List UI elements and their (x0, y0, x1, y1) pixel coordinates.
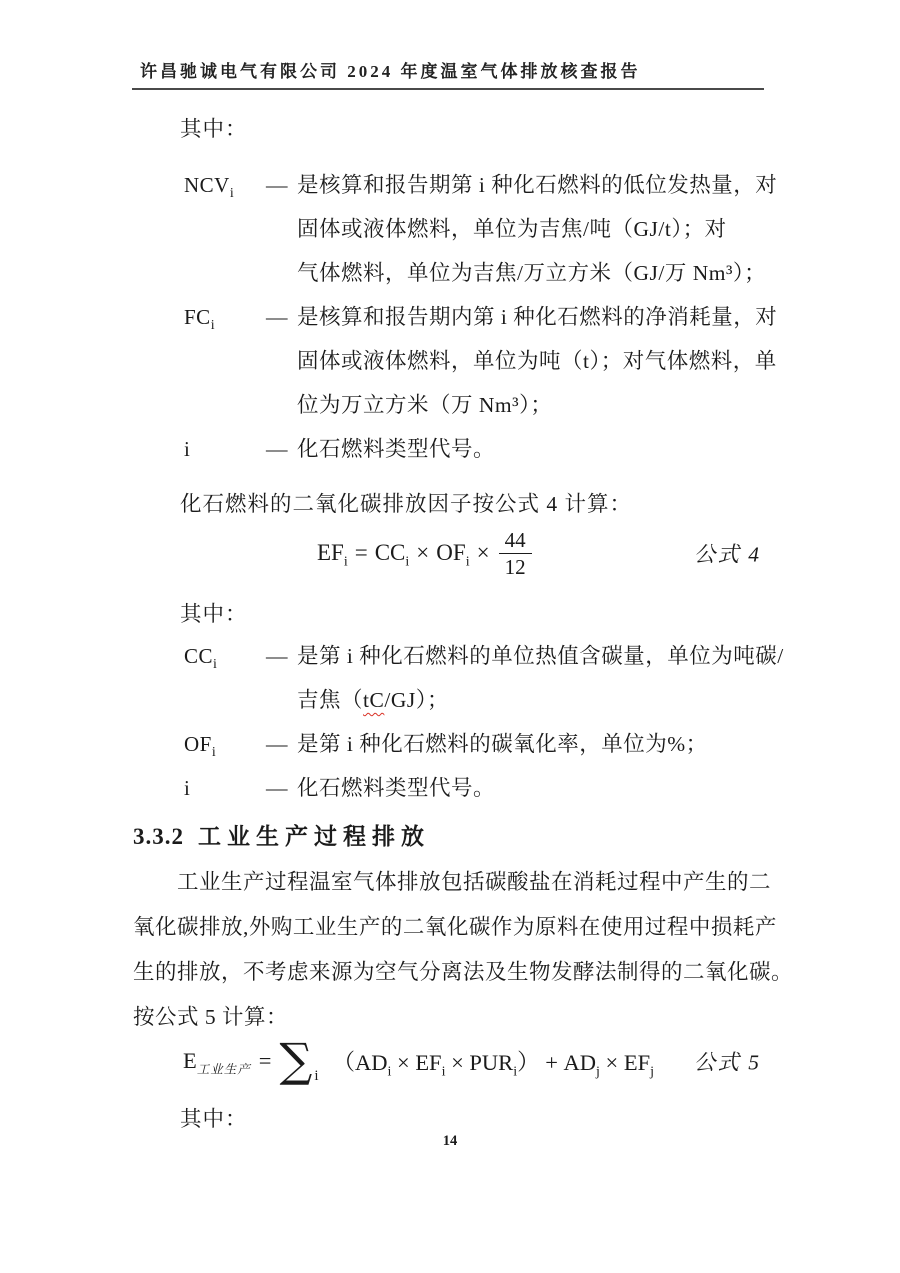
term-base: NCV (184, 173, 230, 197)
summation: ∑ i (279, 1041, 318, 1080)
term-fc: FCi (184, 295, 266, 427)
formula-term: EFi (317, 540, 348, 566)
multiply-sign: × (416, 540, 429, 566)
definition-line: 是核算和报告期第 i 种化石燃料的低位发热量，对 (297, 163, 777, 207)
paragraph-line: 氧化碳排放,外购工业生产的二氧化碳作为原料在使用过程中损耗产 (133, 905, 773, 950)
term-subscript: i (405, 555, 409, 570)
definition-line: 吉焦（tC/GJ）； (297, 678, 784, 722)
multiply-sign: × (477, 540, 490, 566)
section-heading-3-3-2: 3.3.2工业生产过程排放 (133, 818, 430, 851)
term-subscript: i (213, 657, 217, 672)
definition-text: 是核算和报告期第 i 种化石燃料的低位发热量，对 固体或液体燃料，单位为吉焦/吨… (297, 163, 777, 295)
definition-list-2: CCi — 是第 i 种化石燃料的单位热值含碳量，单位为吨碳/ 吉焦（tC/GJ… (184, 634, 767, 810)
term-base: OF (436, 540, 465, 565)
definition-line: 固体或液体燃料，单位为吉焦/吨（GJ/t）；对 (297, 207, 777, 251)
term-i: i (184, 427, 266, 471)
term-base: FC (184, 305, 211, 329)
term-base: i (184, 437, 190, 461)
formula-4-expression: EFi = CCi × OFi × 44 12 (317, 521, 532, 585)
line-segment: × EF (600, 1050, 650, 1075)
line-segment: + AD (540, 1050, 596, 1075)
definition-dash: — (266, 295, 297, 427)
definition-list-1: NCVi — 是核算和报告期第 i 种化石燃料的低位发热量，对 固体或液体燃料，… (184, 163, 767, 471)
definition-line: 化石燃料类型代号。 (297, 766, 767, 810)
term-of: OFi (184, 722, 266, 766)
where-label-2: 其中： (180, 597, 248, 628)
sigma-symbol: ∑ (279, 1041, 312, 1080)
formula-terms: （ADi × EFi × PURi） + ADj × EFj (332, 1045, 654, 1077)
line-segment: （AD (332, 1050, 387, 1075)
definition-dash: — (266, 722, 297, 766)
paragraph-line: 生的排放，不考虑来源为空气分离法及生物发酵法制得的二氧化碳。 (133, 950, 773, 995)
term-base: CC (375, 540, 406, 565)
formula-5-expression: E工业生产 = ∑ i （ADi × EFi × PURi） + ADj × E… (183, 1030, 654, 1092)
definition-line: 化石燃料类型代号。 (297, 427, 767, 471)
definition-row-i: i — 化石燃料类型代号。 (184, 766, 767, 810)
fraction: 44 12 (499, 527, 532, 580)
term-subscript: i (230, 186, 234, 201)
term-subscript: 工业生产 (197, 1063, 251, 1077)
line-segment: × EF (391, 1050, 441, 1075)
definition-dash: — (266, 634, 297, 722)
section-number: 3.3.2 (133, 824, 184, 849)
term-i: i (184, 766, 266, 810)
definition-line: 位为万立方米（万 Nm³）； (297, 383, 777, 427)
line-segment: 吉焦（ (297, 688, 363, 712)
definition-row-i: i — 化石燃料类型代号。 (184, 427, 767, 471)
term-subscript: j (650, 1065, 654, 1080)
line-segment: × PUR (445, 1050, 513, 1075)
page-number: 14 (0, 1133, 900, 1150)
formula-4-label: 公式 4 (694, 538, 761, 569)
equals-sign: = (355, 540, 368, 566)
line-segment: /GJ）； (384, 688, 449, 712)
definition-row-cc: CCi — 是第 i 种化石燃料的单位热值含碳量，单位为吨碳/ 吉焦（tC/GJ… (184, 634, 767, 722)
where-label-3: 其中： (180, 1102, 248, 1133)
sigma-subscript: i (314, 1068, 318, 1085)
definition-dash: — (266, 163, 297, 295)
term-base: OF (184, 732, 212, 756)
section-title: 工业生产过程排放 (198, 824, 430, 849)
formula-term: CCi (375, 540, 410, 566)
definition-row-of: OFi — 是第 i 种化石燃料的碳氧化率，单位为%； (184, 722, 767, 766)
term-subscript: i (344, 555, 348, 570)
where-label-1: 其中： (180, 112, 248, 143)
term-base: EF (317, 540, 344, 565)
definition-row-fc: FCi — 是核算和报告期内第 i 种化石燃料的净消耗量，对 固体或液体燃料，单… (184, 295, 767, 427)
definition-text: 化石燃料类型代号。 (297, 766, 767, 810)
formula-5-label: 公式 5 (694, 1046, 761, 1077)
running-header-title: 许昌驰诚电气有限公司 2024 年度温室气体排放核查报告 (140, 57, 641, 82)
term-base: i (184, 776, 190, 800)
term-cc: CCi (184, 634, 266, 722)
definition-line: 固体或液体燃料，单位为吨（t）；对气体燃料，单 (297, 339, 777, 383)
definition-line: 气体燃料，单位为吉焦/万立方米（GJ/万 Nm³）； (297, 251, 777, 295)
definition-line: 是第 i 种化石燃料的单位热值含碳量，单位为吨碳/ (297, 634, 784, 678)
paragraph-line: 工业生产过程温室气体排放包括碳酸盐在消耗过程中产生的二 (133, 860, 773, 905)
definition-dash: — (266, 427, 297, 471)
line-segment: ） (517, 1050, 540, 1075)
formula-4-intro: 化石燃料的二氧化碳排放因子按公式 4 计算： (180, 487, 632, 518)
definition-text: 是第 i 种化石燃料的碳氧化率，单位为%； (297, 722, 767, 766)
document-page: 许昌驰诚电气有限公司 2024 年度温室气体排放核查报告 其中： NCVi — … (0, 0, 900, 1273)
term-subscript: i (211, 318, 215, 333)
term-base: E (183, 1048, 197, 1073)
formula-term: E工业生产 (183, 1048, 251, 1074)
definition-dash: — (266, 766, 297, 810)
definition-text: 是第 i 种化石燃料的单位热值含碳量，单位为吨碳/ 吉焦（tC/GJ）； (297, 634, 784, 722)
body-paragraph: 工业生产过程温室气体排放包括碳酸盐在消耗过程中产生的二 氧化碳排放,外购工业生产… (133, 860, 773, 1040)
formula-4: EFi = CCi × OFi × 44 12 公式 4 (133, 521, 767, 585)
spellcheck-underlined-text: tC (363, 688, 384, 712)
term-subscript: i (466, 555, 470, 570)
term-base: CC (184, 644, 213, 668)
formula-term: OFi (436, 540, 469, 566)
equals-sign: = (259, 1048, 272, 1074)
definition-line: 是第 i 种化石燃料的碳氧化率，单位为%； (297, 722, 767, 766)
fraction-denominator: 12 (499, 554, 532, 580)
term-ncv: NCVi (184, 163, 266, 295)
fraction-numerator: 44 (499, 527, 532, 554)
formula-5: E工业生产 = ∑ i （ADi × EFi × PURi） + ADj × E… (133, 1030, 767, 1092)
term-subscript: i (212, 745, 216, 760)
definition-row-ncv: NCVi — 是核算和报告期第 i 种化石燃料的低位发热量，对 固体或液体燃料，… (184, 163, 767, 295)
definition-line: 是核算和报告期内第 i 种化石燃料的净消耗量，对 (297, 295, 777, 339)
definition-text: 化石燃料类型代号。 (297, 427, 767, 471)
header-rule (132, 88, 764, 90)
definition-text: 是核算和报告期内第 i 种化石燃料的净消耗量，对 固体或液体燃料，单位为吨（t）… (297, 295, 777, 427)
